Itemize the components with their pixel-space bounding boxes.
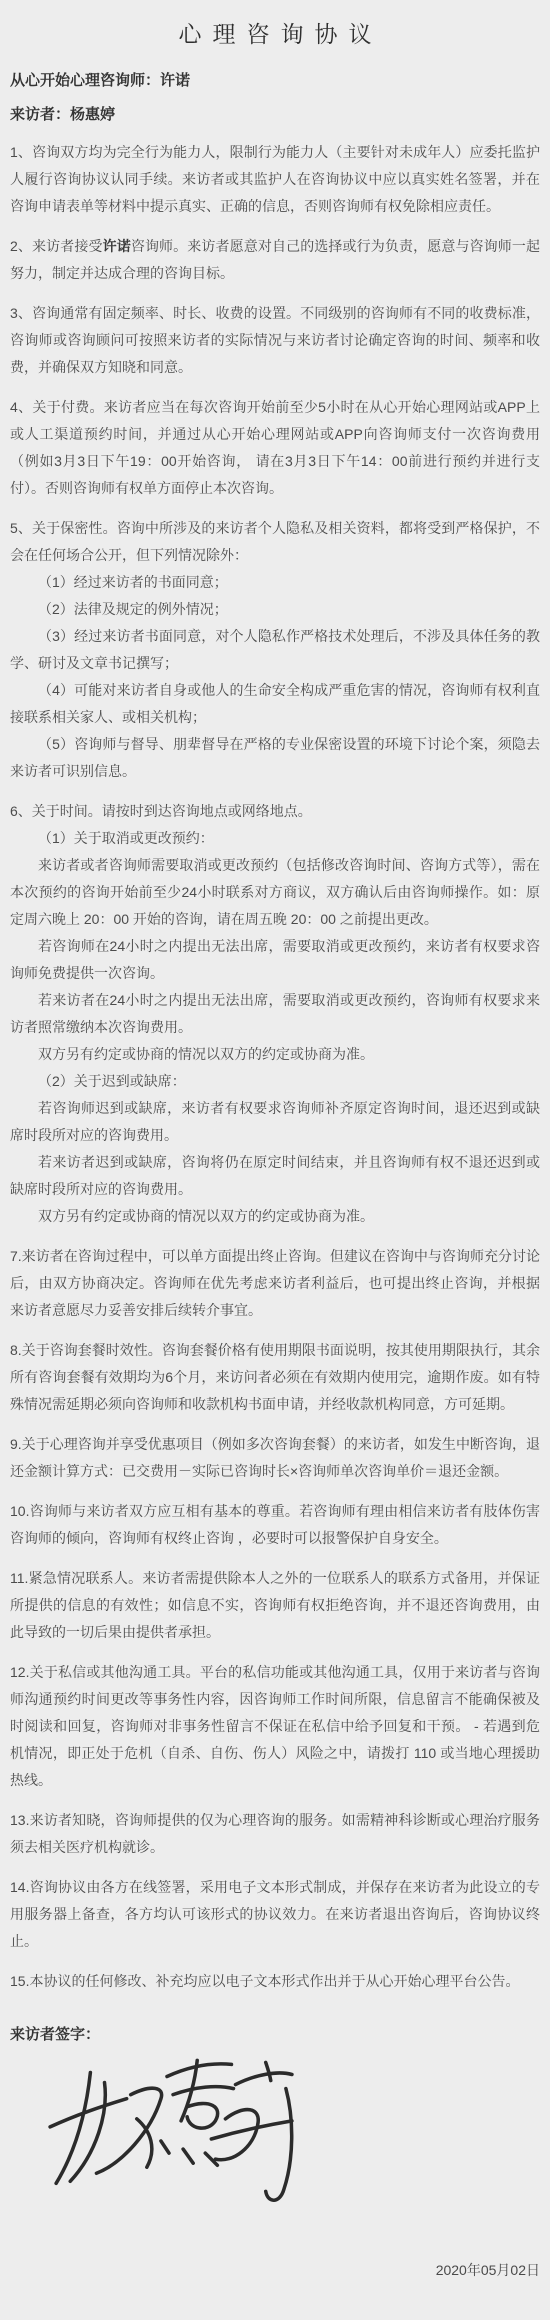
clause-line: （1）经过来访者的书面同意；: [10, 569, 540, 596]
visitor-name-line: 来访者：杨惠婷: [10, 105, 540, 125]
clause-text: 若咨询师迟到或缺席，来访者有权要求咨询师补齐原定咨询时间，退还迟到或缺席时段所对…: [10, 1100, 540, 1143]
clause-line: 双方另有约定或协商的情况以双方的约定或协商为准。: [10, 1041, 540, 1068]
clause-text: 8.关于咨询套餐时效性。咨询套餐价格有使用期限书面说明，按其使用期限执行，其余所…: [10, 1342, 540, 1412]
clause-line: 13.来访者知晓，咨询师提供的仅为心理咨询的服务。如需精神科诊断或心理治疗服务须…: [10, 1807, 540, 1861]
clause-text: （1）关于取消或更改预约：: [38, 830, 214, 846]
clause-text: 2、来访者接受: [10, 238, 103, 254]
clause: 5、关于保密性。咨询中所涉及的来访者个人隐私及相关资料，都将受到严格保护，不会在…: [10, 515, 540, 785]
counselor-name-line: 从心开始心理咨询师：许诺: [10, 71, 540, 91]
clause-line: 若咨询师迟到或缺席，来访者有权要求咨询师补齐原定咨询时间，退还迟到或缺席时段所对…: [10, 1095, 540, 1149]
clause-text: 6、关于时间。请按时到达咨询地点或网络地点。: [10, 803, 312, 819]
clause-line: 5、关于保密性。咨询中所涉及的来访者个人隐私及相关资料，都将受到严格保护，不会在…: [10, 515, 540, 569]
clause-text: 10.咨询师与来访者双方应互相有基本的尊重。若咨询师有理由相信来访者有肢体伤害咨…: [10, 1503, 540, 1546]
clause-line: 双方另有约定或协商的情况以双方的约定或协商为准。: [10, 1203, 540, 1230]
clause-line: 10.咨询师与来访者双方应互相有基本的尊重。若咨询师有理由相信来访者有肢体伤害咨…: [10, 1498, 540, 1552]
signature-date: 2020年05月02日: [10, 2260, 540, 2280]
clause-line: （1）关于取消或更改预约：: [10, 825, 540, 852]
clause-line: （2）关于迟到或缺席：: [10, 1068, 540, 1095]
clause-line: 来访者或者咨询师需要取消或更改预约（包括修改咨询时间、咨询方式等），需在本次预约…: [10, 852, 540, 933]
clause-line: 1、咨询双方均为完全行为能力人，限制行为能力人（主要针对未成年人）应委托监护人履…: [10, 139, 540, 220]
clause-line: 15.本协议的任何修改、补充均应以电子文本形式作出并于从心开始心理平台公告。: [10, 1968, 540, 1995]
clause-line: 若来访者在24小时之内提出无法出席，需要取消或更改预约，咨询师有权要求来访者照常…: [10, 987, 540, 1041]
clause: 13.来访者知晓，咨询师提供的仅为心理咨询的服务。如需精神科诊断或心理治疗服务须…: [10, 1807, 540, 1861]
page-title: 心理咨询协议: [10, 16, 540, 49]
clause-line: 11.紧急情况联系人。来访者需提供除本人之外的一位联系人的联系方式备用，并保证所…: [10, 1565, 540, 1646]
clause-text: 若来访者迟到或缺席，咨询将仍在原定时间结束，并且咨询师有权不退还迟到或缺席时段所…: [10, 1154, 540, 1197]
clause-text: 若来访者在24小时之内提出无法出席，需要取消或更改预约，咨询师有权要求来访者照常…: [10, 992, 540, 1035]
clause: 11.紧急情况联系人。来访者需提供除本人之外的一位联系人的联系方式备用，并保证所…: [10, 1565, 540, 1646]
clause-line: 若来访者迟到或缺席，咨询将仍在原定时间结束，并且咨询师有权不退还迟到或缺席时段所…: [10, 1149, 540, 1203]
signature-strokes-icon: [38, 2054, 300, 2226]
clause: 7.来访者在咨询过程中，可以单方面提出终止咨询。但建议在咨询中与咨询师充分讨论后…: [10, 1243, 540, 1324]
clause-text: 4、关于付费。来访者应当在每次咨询开始前至少5小时在从心开始心理网站或APP上或…: [10, 399, 540, 496]
clause: 9.关于心理咨询并享受优惠项目（例如多次咨询套餐）的来访者，如发生中断咨询，退还…: [10, 1431, 540, 1485]
clause-text: （1）经过来访者的书面同意；: [38, 574, 228, 590]
clause-text: 14.咨询协议由各方在线签署，采用电子文本形式制成，并保存在来访者为此设立的专用…: [10, 1879, 540, 1949]
clause-line: 4、关于付费。来访者应当在每次咨询开始前至少5小时在从心开始心理网站或APP上或…: [10, 394, 540, 502]
clause-line: 2、来访者接受许诺咨询师。来访者愿意对自己的选择或行为负责，愿意与咨询师一起努力…: [10, 233, 540, 287]
clause-line: 6、关于时间。请按时到达咨询地点或网络地点。: [10, 798, 540, 825]
clause-text: 双方另有约定或协商的情况以双方的约定或协商为准。: [38, 1208, 374, 1224]
clause-text: （3）经过来访者书面同意，对个人隐私作严格技术处理后，不涉及具体任务的教学、研讨…: [10, 628, 540, 671]
clause: 6、关于时间。请按时到达咨询地点或网络地点。（1）关于取消或更改预约：来访者或者…: [10, 798, 540, 1230]
clause-line: 8.关于咨询套餐时效性。咨询套餐价格有使用期限书面说明，按其使用期限执行，其余所…: [10, 1337, 540, 1418]
clause-line: （2）法律及规定的例外情况；: [10, 596, 540, 623]
clause: 3、咨询通常有固定频率、时长、收费的设置。不同级别的咨询师有不同的收费标准，咨询…: [10, 300, 540, 381]
clause-text: 9.关于心理咨询并享受优惠项目（例如多次咨询套餐）的来访者，如发生中断咨询，退还…: [10, 1436, 540, 1479]
clause-text: （5）咨询师与督导、朋辈督导在严格的专业保密设置的环境下讨论个案，须隐去来访者可…: [10, 736, 540, 779]
clause-text: 3、咨询通常有固定频率、时长、收费的设置。不同级别的咨询师有不同的收费标准，咨询…: [10, 305, 540, 375]
clause-text: 若咨询师在24小时之内提出无法出席，需要取消或更改预约，来访者有权要求咨询师免费…: [10, 938, 540, 981]
clause: 2、来访者接受许诺咨询师。来访者愿意对自己的选择或行为负责，愿意与咨询师一起努力…: [10, 233, 540, 287]
clause-text: （2）法律及规定的例外情况；: [38, 601, 228, 617]
clause-line: （5）咨询师与督导、朋辈督导在严格的专业保密设置的环境下讨论个案，须隐去来访者可…: [10, 731, 540, 785]
clause: 1、咨询双方均为完全行为能力人，限制行为能力人（主要针对未成年人）应委托监护人履…: [10, 139, 540, 220]
clause-text: （2）关于迟到或缺席：: [38, 1073, 186, 1089]
clause: 15.本协议的任何修改、补充均应以电子文本形式作出并于从心开始心理平台公告。: [10, 1968, 540, 1995]
clause-line: 3、咨询通常有固定频率、时长、收费的设置。不同级别的咨询师有不同的收费标准，咨询…: [10, 300, 540, 381]
clause: 14.咨询协议由各方在线签署，采用电子文本形式制成，并保存在来访者为此设立的专用…: [10, 1874, 540, 1955]
clause-text: 13.来访者知晓，咨询师提供的仅为心理咨询的服务。如需精神科诊断或心理治疗服务须…: [10, 1812, 540, 1855]
clause-line: （4）可能对来访者自身或他人的生命安全构成严重危害的情况，咨询师有权利直接联系相…: [10, 677, 540, 731]
clauses: 1、咨询双方均为完全行为能力人，限制行为能力人（主要针对未成年人）应委托监护人履…: [10, 139, 540, 1995]
clause-text: 12.关于私信或其他沟通工具。平台的私信功能或其他沟通工具，仅用于来访者与咨询师…: [10, 1664, 540, 1788]
clause-text: 双方另有约定或协商的情况以双方的约定或协商为准。: [38, 1046, 374, 1062]
clause-line: 若咨询师在24小时之内提出无法出席，需要取消或更改预约，来访者有权要求咨询师免费…: [10, 933, 540, 987]
clause: 4、关于付费。来访者应当在每次咨询开始前至少5小时在从心开始心理网站或APP上或…: [10, 394, 540, 502]
clause-text: 11.紧急情况联系人。来访者需提供除本人之外的一位联系人的联系方式备用，并保证所…: [10, 1570, 540, 1640]
clause-text: 许诺: [103, 238, 131, 254]
clause: 8.关于咨询套餐时效性。咨询套餐价格有使用期限书面说明，按其使用期限执行，其余所…: [10, 1337, 540, 1418]
signature-label: 来访者签字：: [10, 2023, 540, 2044]
clause-text: 5、关于保密性。咨询中所涉及的来访者个人隐私及相关资料，都将受到严格保护，不会在…: [10, 520, 540, 563]
clause-line: 14.咨询协议由各方在线签署，采用电子文本形式制成，并保存在来访者为此设立的专用…: [10, 1874, 540, 1955]
clause-line: （3）经过来访者书面同意，对个人隐私作严格技术处理后，不涉及具体任务的教学、研讨…: [10, 623, 540, 677]
clause-text: （4）可能对来访者自身或他人的生命安全构成严重危害的情况，咨询师有权利直接联系相…: [10, 682, 540, 725]
clause-line: 7.来访者在咨询过程中，可以单方面提出终止咨询。但建议在咨询中与咨询师充分讨论后…: [10, 1243, 540, 1324]
clause-text: 15.本协议的任何修改、补充均应以电子文本形式作出并于从心开始心理平台公告。: [10, 1973, 519, 1989]
clause: 10.咨询师与来访者双方应互相有基本的尊重。若咨询师有理由相信来访者有肢体伤害咨…: [10, 1498, 540, 1552]
clause-text: 7.来访者在咨询过程中，可以单方面提出终止咨询。但建议在咨询中与咨询师充分讨论后…: [10, 1248, 540, 1318]
clause-line: 9.关于心理咨询并享受优惠项目（例如多次咨询套餐）的来访者，如发生中断咨询，退还…: [10, 1431, 540, 1485]
clause-text: 1、咨询双方均为完全行为能力人，限制行为能力人（主要针对未成年人）应委托监护人履…: [10, 144, 540, 214]
handwritten-signature: [38, 2054, 300, 2226]
clause-text: 来访者或者咨询师需要取消或更改预约（包括修改咨询时间、咨询方式等），需在本次预约…: [10, 857, 540, 927]
